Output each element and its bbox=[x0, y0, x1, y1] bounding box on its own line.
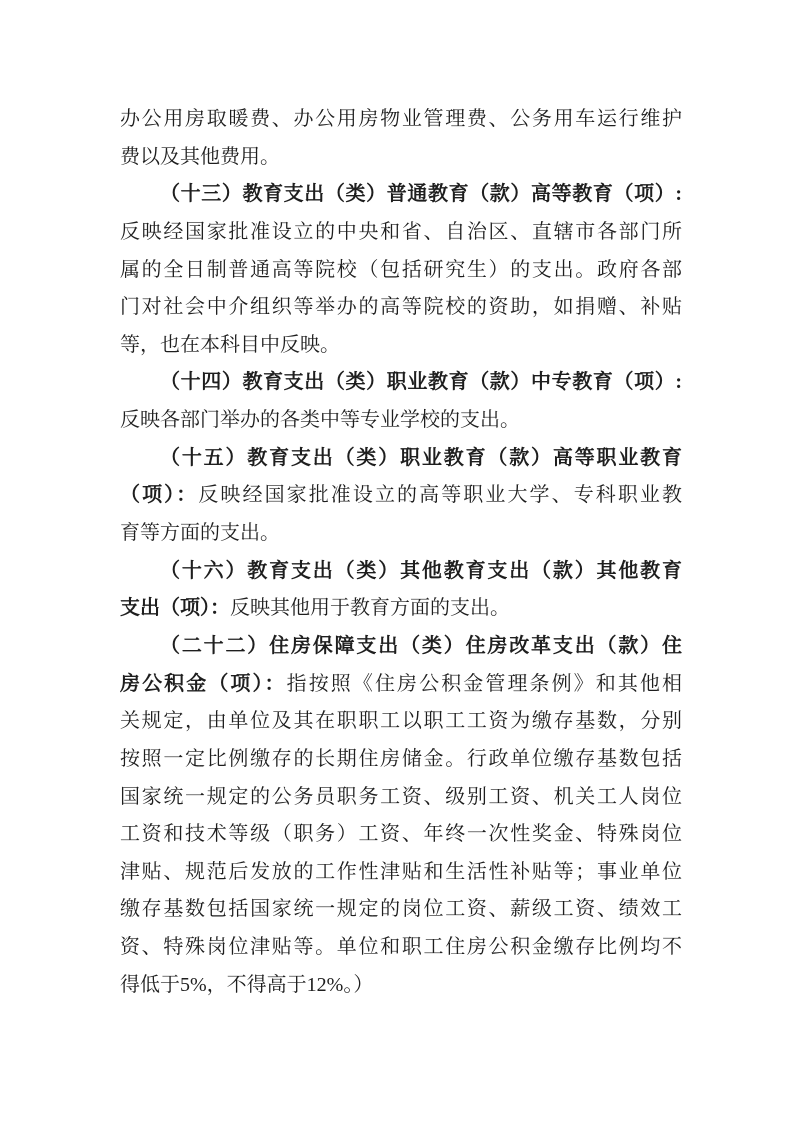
document-line: 属的全日制普通高等院校（包括研究生）的支出。政府各部 bbox=[120, 252, 682, 290]
document-line: 工资和技术等级（职务）工资、年终一次性奖金、特殊岗位 bbox=[120, 816, 682, 854]
body-text: 资、特殊岗位津贴等。单位和职工住房公积金缴存比例均不 bbox=[120, 936, 682, 958]
heading-text: （十五）教育支出（类）职业教育（款）高等职业教育 bbox=[160, 447, 682, 469]
body-text: 反映经国家批准设立的高等职业大学、专科职业教 bbox=[198, 484, 682, 506]
document-line: （十六）教育支出（类）其他教育支出（款）其他教育 bbox=[120, 553, 682, 591]
document-line: 津贴、规范后发放的工作性津贴和生活性补贴等；事业单位 bbox=[120, 854, 682, 892]
document-page: 办公用房取暖费、办公用房物业管理费、公务用车运行维护费以及其他费用。（十三）教育… bbox=[0, 0, 793, 1122]
heading-text: 支出（项）： bbox=[120, 597, 230, 619]
body-text: 缴存基数包括国家统一规定的岗位工资、薪级工资、绩效工 bbox=[120, 898, 682, 920]
document-line: 费以及其他费用。 bbox=[120, 139, 682, 177]
body-text: 反映各部门举办的各类中等专业学校的支出。 bbox=[120, 409, 520, 431]
heading-text: 房公积金（项）： bbox=[120, 673, 287, 695]
body-text: 工资和技术等级（职务）工资、年终一次性奖金、特殊岗位 bbox=[120, 823, 682, 845]
body-text: 津贴、规范后发放的工作性津贴和生活性补贴等；事业单位 bbox=[120, 861, 682, 883]
document-line: 房公积金（项）：指按照《住房公积金管理条例》和其他相 bbox=[120, 666, 682, 704]
body-text: 育等方面的支出。 bbox=[120, 522, 280, 544]
body-text: 得低于5%，不得高于12%。） bbox=[120, 974, 373, 996]
body-text: 按照一定比例缴存的长期住房储金。行政单位缴存基数包括 bbox=[120, 748, 682, 770]
document-line: （十四）教育支出（类）职业教育（款）中专教育（项）: bbox=[120, 364, 682, 402]
body-text: 门对社会中介组织等举办的高等院校的资助，如捐赠、补贴 bbox=[120, 296, 682, 318]
document-line: 等，也在本科目中反映。 bbox=[120, 327, 682, 365]
document-line: 缴存基数包括国家统一规定的岗位工资、薪级工资、绩效工 bbox=[120, 891, 682, 929]
document-line: 按照一定比例缴存的长期住房储金。行政单位缴存基数包括 bbox=[120, 741, 682, 779]
document-line: 门对社会中介组织等举办的高等院校的资助，如捐赠、补贴 bbox=[120, 289, 682, 327]
body-text: 等，也在本科目中反映。 bbox=[120, 334, 340, 356]
document-line: 反映各部门举办的各类中等专业学校的支出。 bbox=[120, 402, 682, 440]
body-text: 国家统一规定的公务员职务工资、级别工资、机关工人岗位 bbox=[120, 786, 682, 808]
heading-text: （十四）教育支出（类）职业教育（款）中专教育（项）: bbox=[160, 371, 682, 393]
body-text: 反映其他用于教育方面的支出。 bbox=[230, 597, 510, 619]
body-text: 属的全日制普通高等院校（包括研究生）的支出。政府各部 bbox=[120, 259, 682, 281]
body-text: 指按照《住房公积金管理条例》和其他相 bbox=[287, 673, 682, 695]
document-line: （十五）教育支出（类）职业教育（款）高等职业教育 bbox=[120, 440, 682, 478]
document-line: 关规定，由单位及其在职职工以职工工资为缴存基数，分别 bbox=[120, 703, 682, 741]
heading-text: （十三）教育支出（类）普通教育（款）高等教育（项）: bbox=[160, 183, 682, 205]
document-line: 育等方面的支出。 bbox=[120, 515, 682, 553]
document-line: 得低于5%，不得高于12%。） bbox=[120, 967, 682, 1005]
body-text: 关规定，由单位及其在职职工以职工工资为缴存基数，分别 bbox=[120, 710, 682, 732]
heading-text: （二十二）住房保障支出（类）住房改革支出（款）住 bbox=[160, 635, 682, 657]
heading-text: （十六）教育支出（类）其他教育支出（款）其他教育 bbox=[160, 560, 682, 582]
heading-text: （项）： bbox=[120, 484, 198, 506]
document-body: 办公用房取暖费、办公用房物业管理费、公务用车运行维护费以及其他费用。（十三）教育… bbox=[120, 101, 682, 1004]
document-line: 国家统一规定的公务员职务工资、级别工资、机关工人岗位 bbox=[120, 779, 682, 817]
document-line: （二十二）住房保障支出（类）住房改革支出（款）住 bbox=[120, 628, 682, 666]
document-line: 办公用房取暖费、办公用房物业管理费、公务用车运行维护 bbox=[120, 101, 682, 139]
body-text: 反映经国家批准设立的中央和省、自治区、直辖市各部门所 bbox=[120, 221, 682, 243]
body-text: 费以及其他费用。 bbox=[120, 146, 280, 168]
document-line: 支出（项）：反映其他用于教育方面的支出。 bbox=[120, 590, 682, 628]
document-line: （十三）教育支出（类）普通教育（款）高等教育（项）: bbox=[120, 176, 682, 214]
body-text: 办公用房取暖费、办公用房物业管理费、公务用车运行维护 bbox=[120, 108, 682, 130]
document-line: 反映经国家批准设立的中央和省、自治区、直辖市各部门所 bbox=[120, 214, 682, 252]
document-line: 资、特殊岗位津贴等。单位和职工住房公积金缴存比例均不 bbox=[120, 929, 682, 967]
document-line: （项）：反映经国家批准设立的高等职业大学、专科职业教 bbox=[120, 477, 682, 515]
